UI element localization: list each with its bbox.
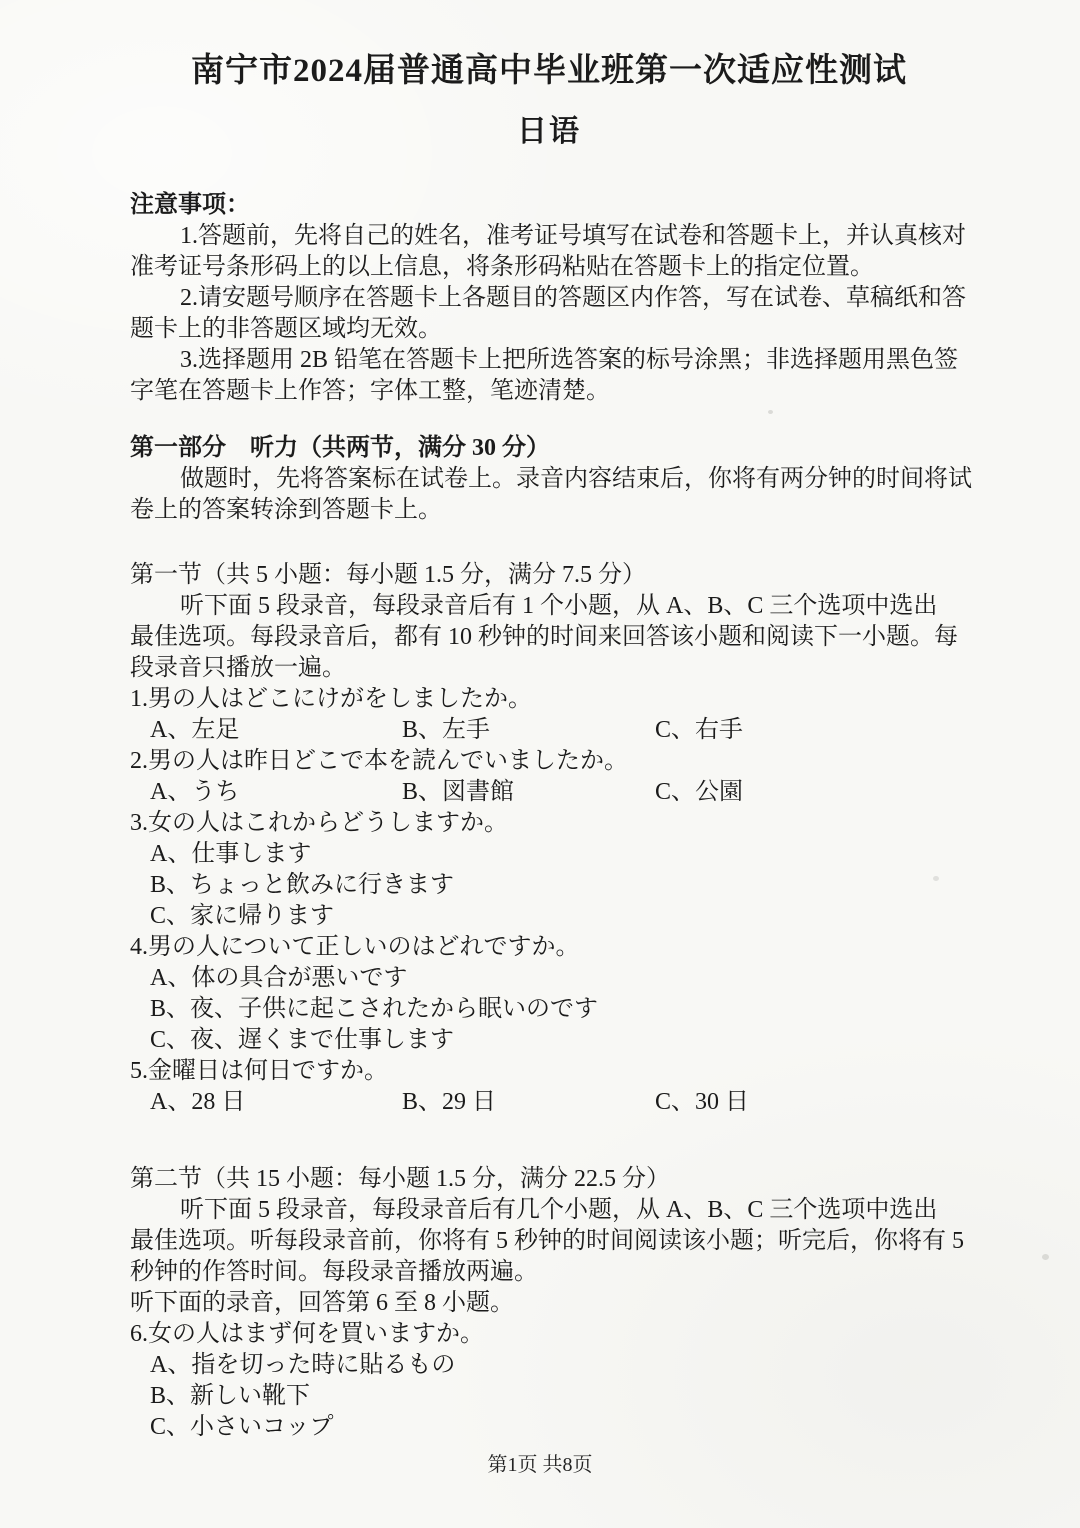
question-3: 3.女の人はこれからどうしますか。 (130, 808, 968, 839)
question-4-option: A、体の具合が悪いです (130, 963, 968, 994)
question-2: 2.男の人は昨日どこで本を読んでいましたか。 (130, 746, 968, 777)
part1-heading: 第一部分 听力（共两节，满分 30 分） (130, 433, 968, 464)
question-3-option: C、家に帰ります (130, 901, 968, 932)
question-6-option: B、新しい靴下 (130, 1381, 968, 1412)
notice-line: 字笔在答题卡上作答；字体工整，笔迹清楚。 (130, 376, 968, 407)
question-5: 5.金曜日は何日ですか。 (130, 1056, 968, 1087)
option-cell: B、図書館 (402, 777, 655, 808)
notice-line: 1.答题前，先将自己的姓名，准考证号填写在试卷和答题卡上，并认真核对 (130, 221, 968, 252)
scan-speck (768, 410, 773, 414)
question-3-option: B、ちょっと飲みに行きます (130, 870, 968, 901)
exam-title: 南宁市2024届普通高中毕业班第一次适应性测试 (130, 50, 968, 92)
question-4-option: B、夜、子供に起こされたから眠いのです (130, 994, 968, 1025)
section1-intro-line: 最佳选项。每段录音后，都有 10 秒钟的时间来回答该小题和阅读下一小题。每 (130, 622, 968, 653)
part1-intro-line: 卷上的答案转涂到答题卡上。 (130, 495, 968, 526)
notice-heading: 注意事项： (130, 190, 968, 221)
question-3-option: A、仕事します (130, 839, 968, 870)
question-4: 4.男の人について正しいのはどれですか。 (130, 932, 968, 963)
page-footer: 第1页 共8页 (0, 1452, 1080, 1478)
exam-paper-page: 南宁市2024届普通高中毕业班第一次适应性测试 日语 注意事项：1.答题前，先将… (0, 0, 1080, 1528)
option-cell: B、29 日 (402, 1087, 655, 1118)
question-1-options: A、左足B、左手C、右手 (130, 715, 968, 746)
notice-line: 题卡上的非答题区域均无效。 (130, 314, 968, 345)
section2-intro-line: 最佳选项。听每段录音前，你将有 5 秒钟的时间阅读该小题；听完后，你将有 5 (130, 1226, 968, 1257)
section2-intro-line: 听下面 5 段录音，每段录音后有几个小题，从 A、B、C 三个选项中选出 (130, 1195, 968, 1226)
question-6-option: C、小さいコップ (130, 1412, 968, 1443)
section2-intro-line: 秒钟的作答时间。每段录音播放两遍。 (130, 1257, 968, 1288)
option-cell: C、30 日 (655, 1087, 968, 1118)
option-cell: A、うち (150, 777, 402, 808)
section1-heading: 第一节（共 5 小题：每小题 1.5 分，满分 7.5 分） (130, 560, 968, 591)
section2-heading: 第二节（共 15 小题：每小题 1.5 分，满分 22.5 分） (130, 1164, 968, 1195)
section1-intro-line: 听下面 5 段录音，每段录音后有 1 个小题，从 A、B、C 三个选项中选出 (130, 591, 968, 622)
option-cell: A、左足 (150, 715, 402, 746)
question-5-options: A、28 日B、29 日C、30 日 (130, 1087, 968, 1118)
question-2-options: A、うちB、図書館C、公園 (130, 777, 968, 808)
option-cell: B、左手 (402, 715, 655, 746)
scan-speck (933, 876, 939, 881)
section1-intro-line: 段录音只播放一遍。 (130, 653, 968, 684)
notice-line: 3.选择题用 2B 铅笔在答题卡上把所选答案的标号涂黑；非选择题用黑色签 (130, 345, 968, 376)
option-cell: A、28 日 (150, 1087, 402, 1118)
notice-line: 2.请安题号顺序在答题卡上各题目的答题区内作答，写在试卷、草稿纸和答 (130, 283, 968, 314)
exam-content: 南宁市2024届普通高中毕业班第一次适应性测试 日语 注意事项：1.答题前，先将… (130, 0, 968, 1443)
recording-instruction: 听下面的录音，回答第 6 至 8 小题。 (130, 1288, 968, 1319)
scan-speck (1042, 1254, 1049, 1260)
question-6-option: A、指を切った時に貼るもの (130, 1350, 968, 1381)
subject-title: 日语 (130, 114, 968, 150)
question-4-option: C、夜、遅くまで仕事します (130, 1025, 968, 1056)
question-1: 1.男の人はどこにけがをしましたか。 (130, 684, 968, 715)
notice-line: 准考证号条形码上的以上信息，将条形码粘贴在答题卡上的指定位置。 (130, 252, 968, 283)
scan-speck (908, 237, 913, 241)
question-6: 6.女の人はまず何を買いますか。 (130, 1319, 968, 1350)
option-cell: C、公園 (655, 777, 968, 808)
exam-body: 注意事项：1.答题前，先将自己的姓名，准考证号填写在试卷和答题卡上，并认真核对准… (130, 190, 968, 1443)
option-cell: C、右手 (655, 715, 968, 746)
part1-intro-line: 做题时，先将答案标在试卷上。录音内容结束后，你将有两分钟的时间将试 (130, 464, 968, 495)
